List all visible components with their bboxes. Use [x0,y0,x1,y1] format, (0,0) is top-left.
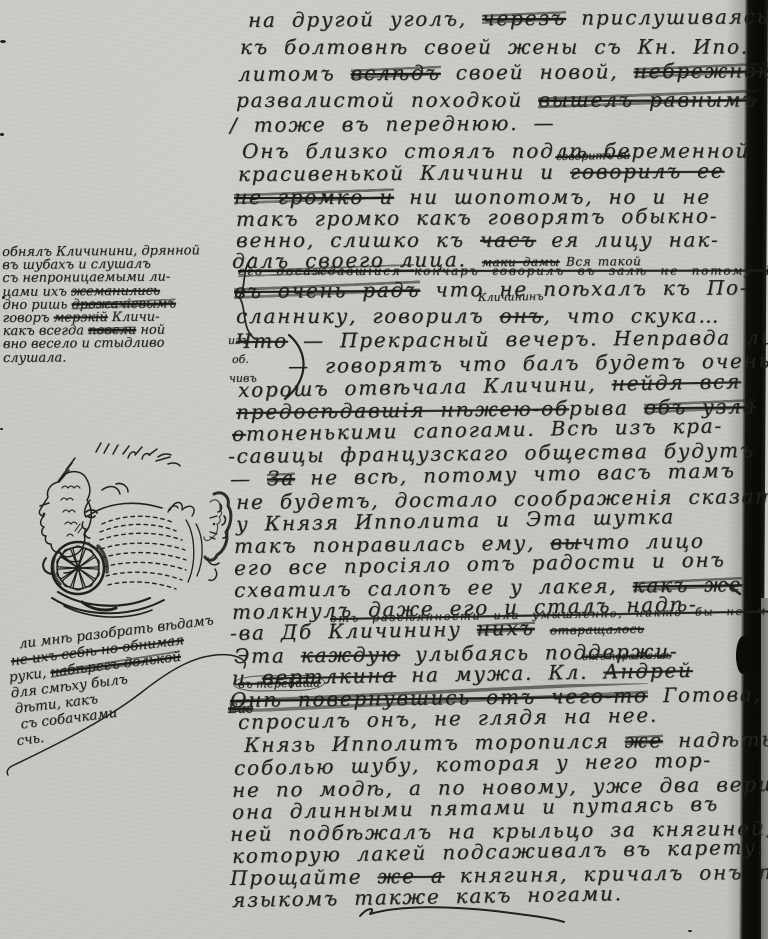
manuscript-page: на другой уголъ, черезъ прислушиваяськъ … [0,0,768,939]
flourish-overlay [0,0,768,939]
bottom-underline-flourish [360,907,564,922]
edge-tick [727,584,740,594]
curly-brace-left [239,257,255,339]
sweep-flourish [7,655,245,775]
round-brace [285,335,304,399]
